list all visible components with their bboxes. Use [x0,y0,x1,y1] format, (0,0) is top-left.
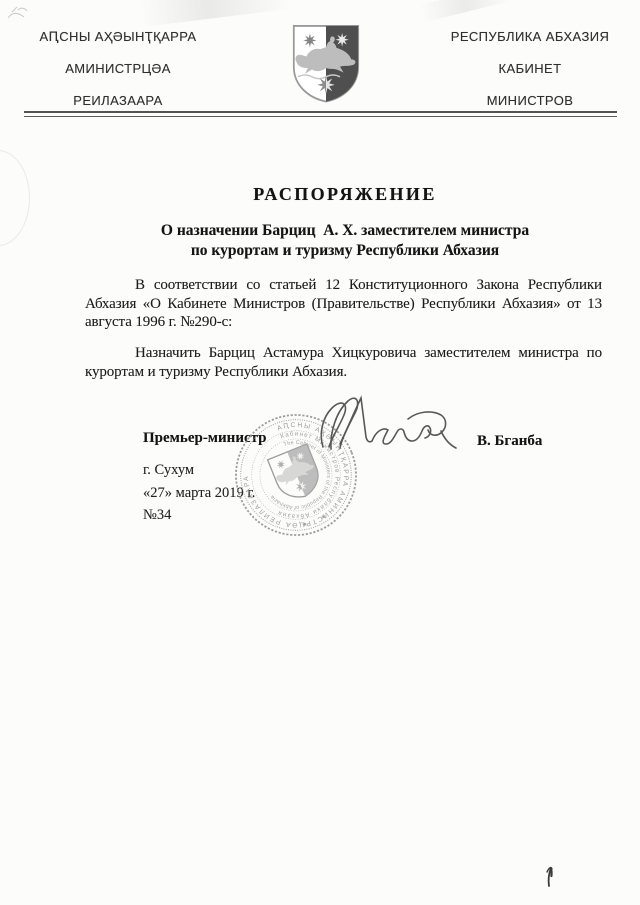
signature-city: г. Сухум [143,462,194,479]
letterhead-line: АМИНИСТРЦӘА [36,62,200,76]
scan-fold-artifact [139,0,291,27]
subject-line-1: О назначении Барциц А. Х. заместителем м… [85,221,605,241]
letterhead-line: АԤСНЫ АҲӘЫНҬҚАРРА [36,30,200,44]
letterhead-line: РЕИЛАЗААРА [36,94,200,108]
scan-fold-artifact [419,0,511,23]
document-title: РАСПОРЯЖЕНИЕ [85,184,605,205]
signer-name: В. Бганба [477,433,542,450]
document-number: №34 [143,507,171,524]
pen-mark [538,858,560,892]
paragraph-appointment: Назначить Барциц Астамура Хицкуровича за… [85,344,602,381]
pencil-scribble-artifact [4,2,38,24]
coat-of-arms-icon [291,23,361,103]
handwritten-signature [300,390,465,460]
letterhead-line: РЕСПУБЛИКА АБХАЗИЯ [438,30,622,44]
letterhead-line: МИНИСТРОВ [438,94,622,108]
subject-line-2: по курортам и туризму Республики Абхазия [85,241,605,261]
scanned-decree-page: АԤСНЫ АҲӘЫНҬҚАРРА АМИНИСТРЦӘА РЕИЛАЗААРА [0,0,640,905]
letterhead-line: КАБИНЕТ [438,62,622,76]
document-subject: О назначении Барциц А. Х. заместителем м… [85,221,605,261]
letterhead-abkhazian: АԤСНЫ АҲӘЫНҬҚАРРА АМИНИСТРЦӘА РЕИЛАЗААРА [36,30,200,108]
letterhead-russian: РЕСПУБЛИКА АБХАЗИЯ КАБИНЕТ МИНИСТРОВ [438,30,622,108]
scan-smudge-artifact [0,150,30,246]
paragraph-legal-basis: В соответствии со статьей 12 Конституцио… [85,276,602,332]
double-rule [24,111,617,117]
